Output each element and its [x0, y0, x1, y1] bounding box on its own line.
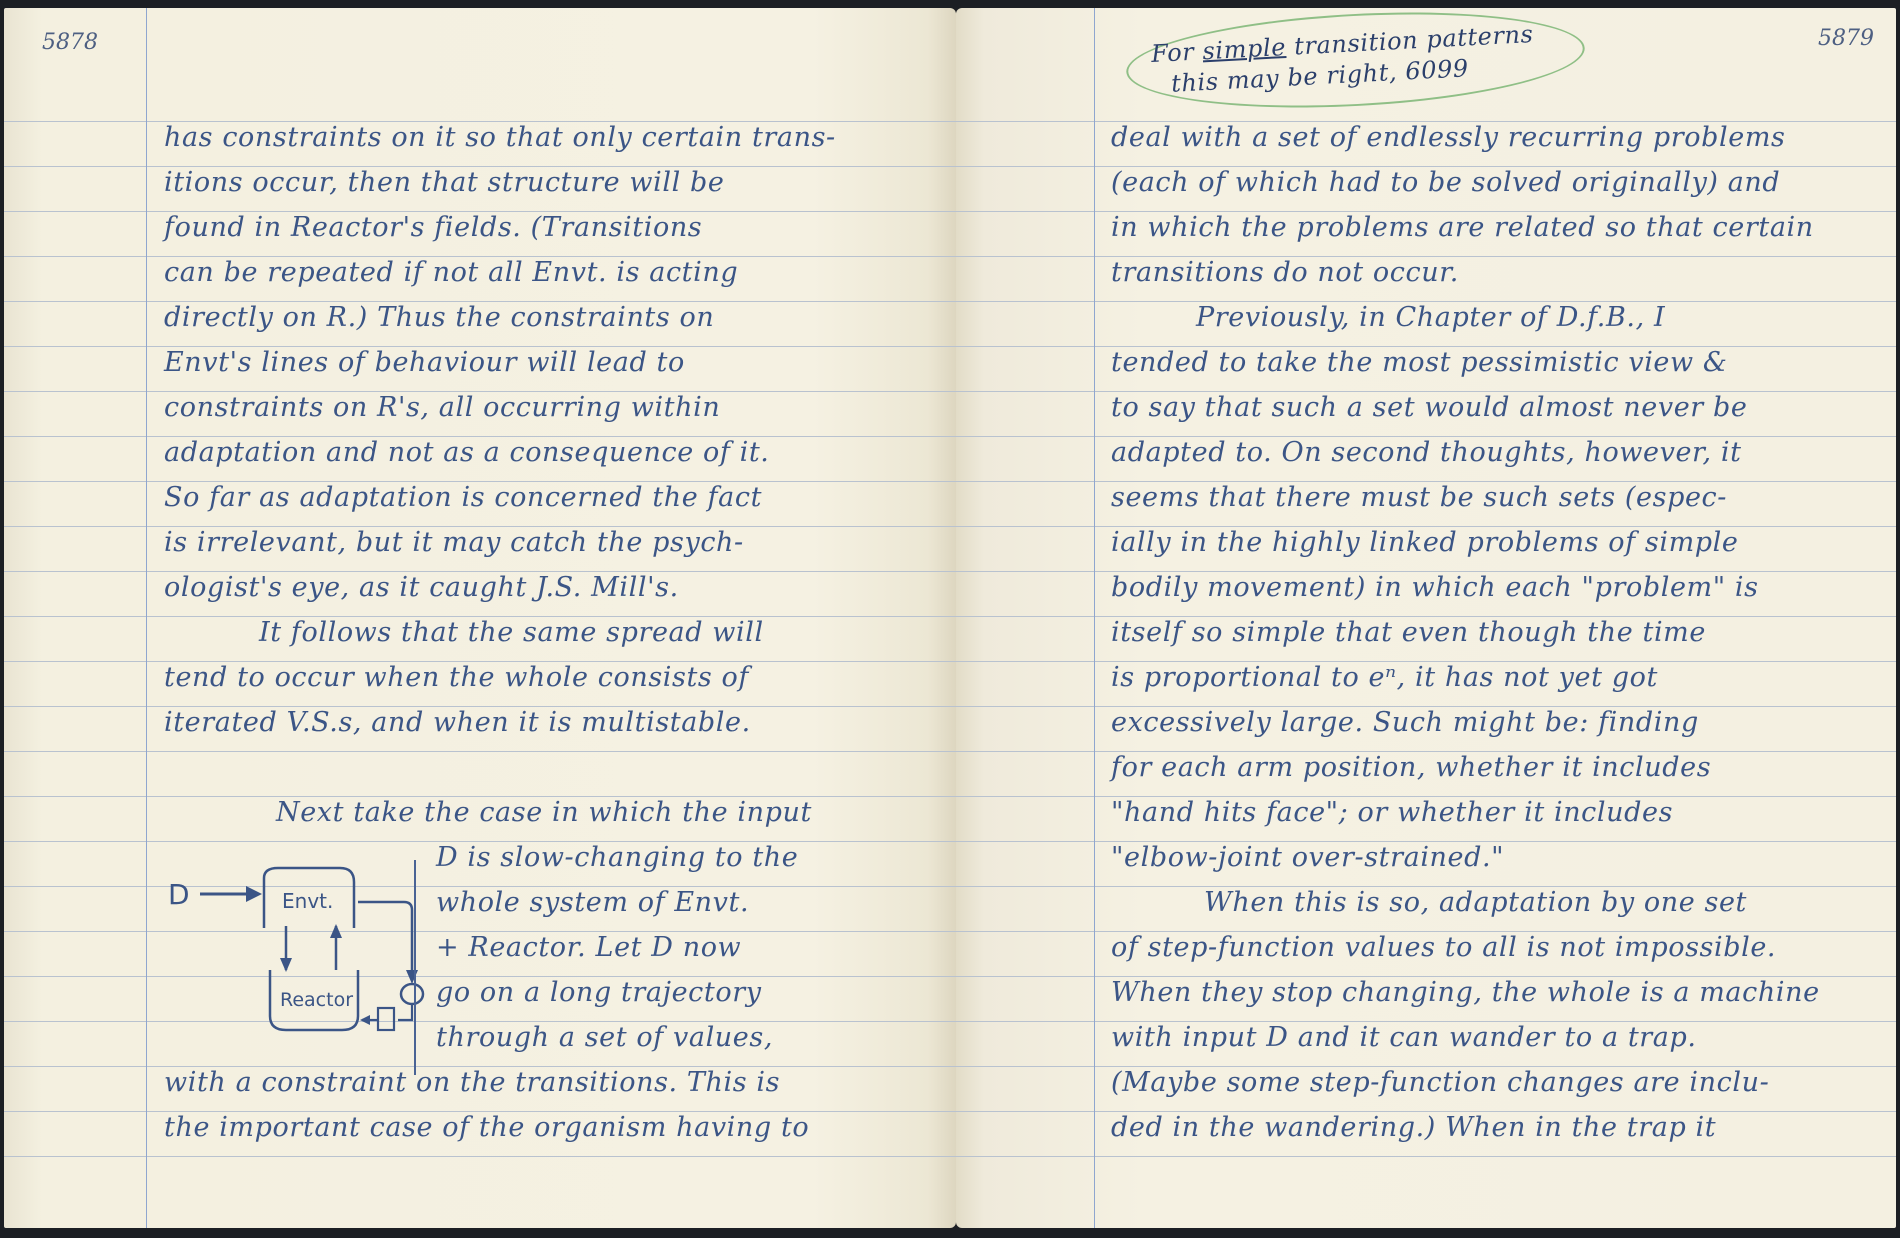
ruled-line: [956, 1156, 1896, 1157]
handwritten-line: ded in the wandering.) When in the trap …: [1111, 1114, 1716, 1141]
handwritten-line: is proportional to eⁿ, it has not yet go…: [1111, 664, 1658, 691]
handwritten-line: adapted to. On second thoughts, however,…: [1111, 439, 1742, 466]
handwritten-line: is irrelevant, but it may catch the psyc…: [164, 529, 744, 556]
margin-note-text: For: [1151, 37, 1204, 68]
handwritten-line: itions occur, then that structure will b…: [164, 169, 724, 196]
handwritten-line: Envt's lines of behaviour will lead to: [164, 349, 685, 376]
handwritten-line: can be repeated if not all Envt. is acti…: [164, 259, 738, 286]
handwritten-line: directly on R.) Thus the constraints on: [164, 304, 714, 331]
handwritten-line: (Maybe some step-function changes are in…: [1111, 1069, 1769, 1096]
diagram-label-envt: Envt.: [282, 889, 333, 913]
handwritten-line: excessively large. Such might be: findin…: [1111, 709, 1699, 736]
handwritten-line: It follows that the same spread will: [259, 619, 764, 646]
handwritten-line: has constraints on it so that only certa…: [164, 124, 836, 151]
handwritten-line: seems that there must be such sets (espe…: [1111, 484, 1727, 511]
handwritten-line: + Reactor. Let D now: [436, 934, 741, 961]
handwritten-line: in which the problems are related so tha…: [1111, 214, 1814, 241]
margin-rule: [1094, 8, 1095, 1228]
handwritten-line: "elbow-joint over-strained.": [1111, 844, 1504, 871]
handwritten-line: ially in the highly linked problems of s…: [1111, 529, 1739, 556]
diagram-label-reactor: Reactor: [280, 989, 353, 1011]
handwritten-line: itself so simple that even though the ti…: [1111, 619, 1706, 646]
handwritten-line: the important case of the organism havin…: [164, 1114, 809, 1141]
handwritten-line: "hand hits face"; or whether it includes: [1111, 799, 1673, 826]
handwritten-line: adaptation and not as a consequence of i…: [164, 439, 770, 466]
diagram-label-d: D: [168, 878, 190, 911]
handwritten-line: ologist's eye, as it caught J.S. Mill's.: [164, 574, 679, 601]
handwritten-line: iterated V.S.s, and when it is multistab…: [164, 709, 751, 736]
page-number: 5879: [1818, 26, 1874, 51]
handwritten-line: transitions do not occur.: [1111, 259, 1459, 286]
diagram-divider: [414, 860, 416, 1075]
handwritten-line: go on a long trajectory: [436, 979, 762, 1006]
page-number: 5878: [42, 30, 98, 55]
handwritten-line: Next take the case in which the input: [276, 799, 812, 826]
handwritten-line: constraints on R's, all occurring within: [164, 394, 720, 421]
handwritten-line: through a set of values,: [436, 1024, 773, 1051]
left-page: 5878 has constraints on it so that only …: [4, 8, 956, 1228]
handwritten-line: deal with a set of endlessly recurring p…: [1111, 124, 1785, 151]
handwritten-line: tended to take the most pessimistic view…: [1111, 349, 1728, 376]
handwritten-line: D is slow-changing to the: [436, 844, 798, 871]
handwritten-line: with input D and it can wander to a trap…: [1111, 1024, 1697, 1051]
handwritten-line: Previously, in Chapter of D.f.B., I: [1196, 304, 1665, 331]
handwritten-line: tend to occur when the whole consists of: [164, 664, 749, 691]
handwritten-line: (each of which had to be solved original…: [1111, 169, 1780, 196]
handwritten-line: with a constraint on the transitions. Th…: [164, 1069, 780, 1096]
right-page: 5879 For simple transition patterns this…: [956, 8, 1896, 1228]
handwritten-line: whole system of Envt.: [436, 889, 749, 916]
notebook-spread: 5878 has constraints on it so that only …: [0, 0, 1900, 1238]
margin-note-emphasis: simple: [1202, 33, 1287, 65]
handwritten-line: When they stop changing, the whole is a …: [1111, 979, 1820, 1006]
margin-rule: [146, 8, 147, 1228]
envt-reactor-diagram: D Envt. Reactor: [154, 848, 454, 1048]
handwritten-line: of step-function values to all is not im…: [1111, 934, 1776, 961]
handwritten-line: So far as adaptation is concerned the fa…: [164, 484, 762, 511]
handwritten-line: for each arm position, whether it includ…: [1111, 754, 1711, 781]
handwritten-line: found in Reactor's fields. (Transitions: [164, 214, 702, 241]
handwritten-line: bodily movement) in which each "problem"…: [1111, 574, 1759, 601]
handwritten-line: to say that such a set would almost neve…: [1111, 394, 1747, 421]
handwritten-line: When this is so, adaptation by one set: [1204, 889, 1747, 916]
